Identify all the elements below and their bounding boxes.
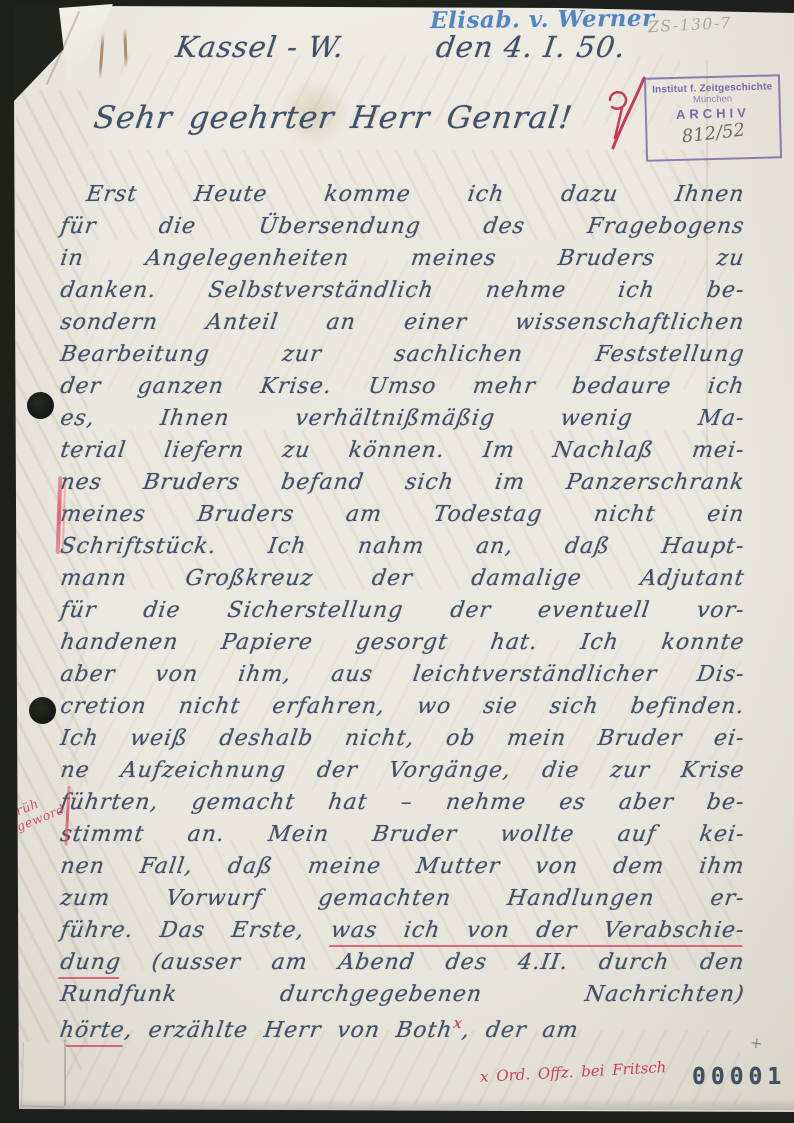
punch-hole xyxy=(27,392,54,419)
red-margin-bar xyxy=(9,793,17,841)
letter-line: für die Sicherstellung der eventuell vor… xyxy=(58,598,746,630)
letter-line: für die Übersendung des Fragebogens xyxy=(58,214,746,246)
punch-hole xyxy=(29,697,56,724)
archive-stamp: Institut f. Zeitgeschichte München ARCHI… xyxy=(644,74,782,162)
letter-line: terial liefern zu können. Im Nachlaß mei… xyxy=(58,438,746,470)
red-underlined-text: dung xyxy=(58,950,123,979)
letter-line: Schriftstück. Ich nahm an, daß Haupt- xyxy=(58,534,746,566)
letter-line: ne Aufzeichnung der Vorgänge, die zur Kr… xyxy=(58,758,746,790)
dagger-mark: + xyxy=(749,1033,764,1053)
archive-reference: ZS-130-7 xyxy=(648,14,733,36)
red-underlined-text: hörte xyxy=(58,1018,127,1047)
red-checkmark-icon xyxy=(600,72,652,154)
salutation: Sehr geehrter Herr Genral! xyxy=(91,100,575,136)
page-number-stamp: 00001 xyxy=(692,1064,786,1090)
letter-line: sondern Anteil an einer wissenschaftlich… xyxy=(58,310,746,342)
letter-line: meines Bruders am Todestag nicht ein xyxy=(58,502,746,534)
place-date-line: Kassel - W. den 4. I. 50. xyxy=(174,30,629,64)
red-underlined-text: was ich von der Verabschie- xyxy=(329,918,747,947)
letter-line-text: , der am xyxy=(460,1018,580,1043)
letter-body: Erst Heute komme ich dazu Ihnen für die … xyxy=(60,182,744,1052)
paper-crease xyxy=(64,1040,66,1106)
letter-line: stimmt an. Mein Bruder wollte auf kei- xyxy=(58,822,746,854)
letter-line: Ich weiß deshalb nicht, ob mein Bruder e… xyxy=(58,726,746,758)
rust-streak xyxy=(98,32,104,80)
letter-line: in Angelegenheiten meines Bruders zu xyxy=(58,246,746,278)
letter-line: mann Großkreuz der damalige Adjutant xyxy=(58,566,746,598)
letter-line: aber von ihm, aus leichtverständlicher D… xyxy=(58,662,746,694)
letter-line-text: , erzählte Herr von Both xyxy=(123,1018,454,1043)
letter-line: nen Fall, daß meine Mutter von dem ihm xyxy=(58,854,746,886)
date: den 4. I. 50. xyxy=(434,30,628,64)
letter-line-text: führe. Das Erste, xyxy=(59,918,333,943)
letter-line: nes Bruders befand sich im Panzerschrank xyxy=(58,470,746,502)
letter-page: Elisab. v. Werner ZS-130-7 Kassel - W. d… xyxy=(0,0,794,1123)
letter-line: Erst Heute komme ich dazu Ihnen xyxy=(58,182,746,214)
letter-line: cretion nicht erfahren, wo sie sich befi… xyxy=(58,694,746,726)
letter-line: Bearbeitung zur sachlichen Feststellung xyxy=(58,342,746,374)
letter-line: es, Ihnen verhältnißmäßig wenig Ma- xyxy=(58,406,746,438)
letter-line: handenen Papiere gesorgt hat. Ich konnte xyxy=(58,630,746,662)
letter-line: Rundfunk durchgegebenen Nachrichten) xyxy=(58,982,746,1014)
rust-streak xyxy=(123,28,127,68)
letter-line: dung (ausser am Abend des 4.II. durch de… xyxy=(58,950,746,982)
place: Kassel - W. xyxy=(174,30,347,64)
under-page-corner xyxy=(21,1041,66,1107)
letter-line: der ganzen Krise. Umso mehr bedaure ich xyxy=(58,374,746,406)
letter-line: hörte, erzählte Herr von Bothx, der am xyxy=(58,1014,746,1046)
letter-line-text: (ausser am Abend des 4.II. durch den xyxy=(119,950,746,975)
letter-line: führten, gemacht hat – nehme es aber be- xyxy=(58,790,746,822)
letter-line: zum Vorwurf gemachten Handlungen er- xyxy=(58,886,746,918)
letter-line: danken. Selbstverständlich nehme ich be- xyxy=(58,278,746,310)
letter-line: führe. Das Erste, was ich von der Verabs… xyxy=(58,918,746,950)
